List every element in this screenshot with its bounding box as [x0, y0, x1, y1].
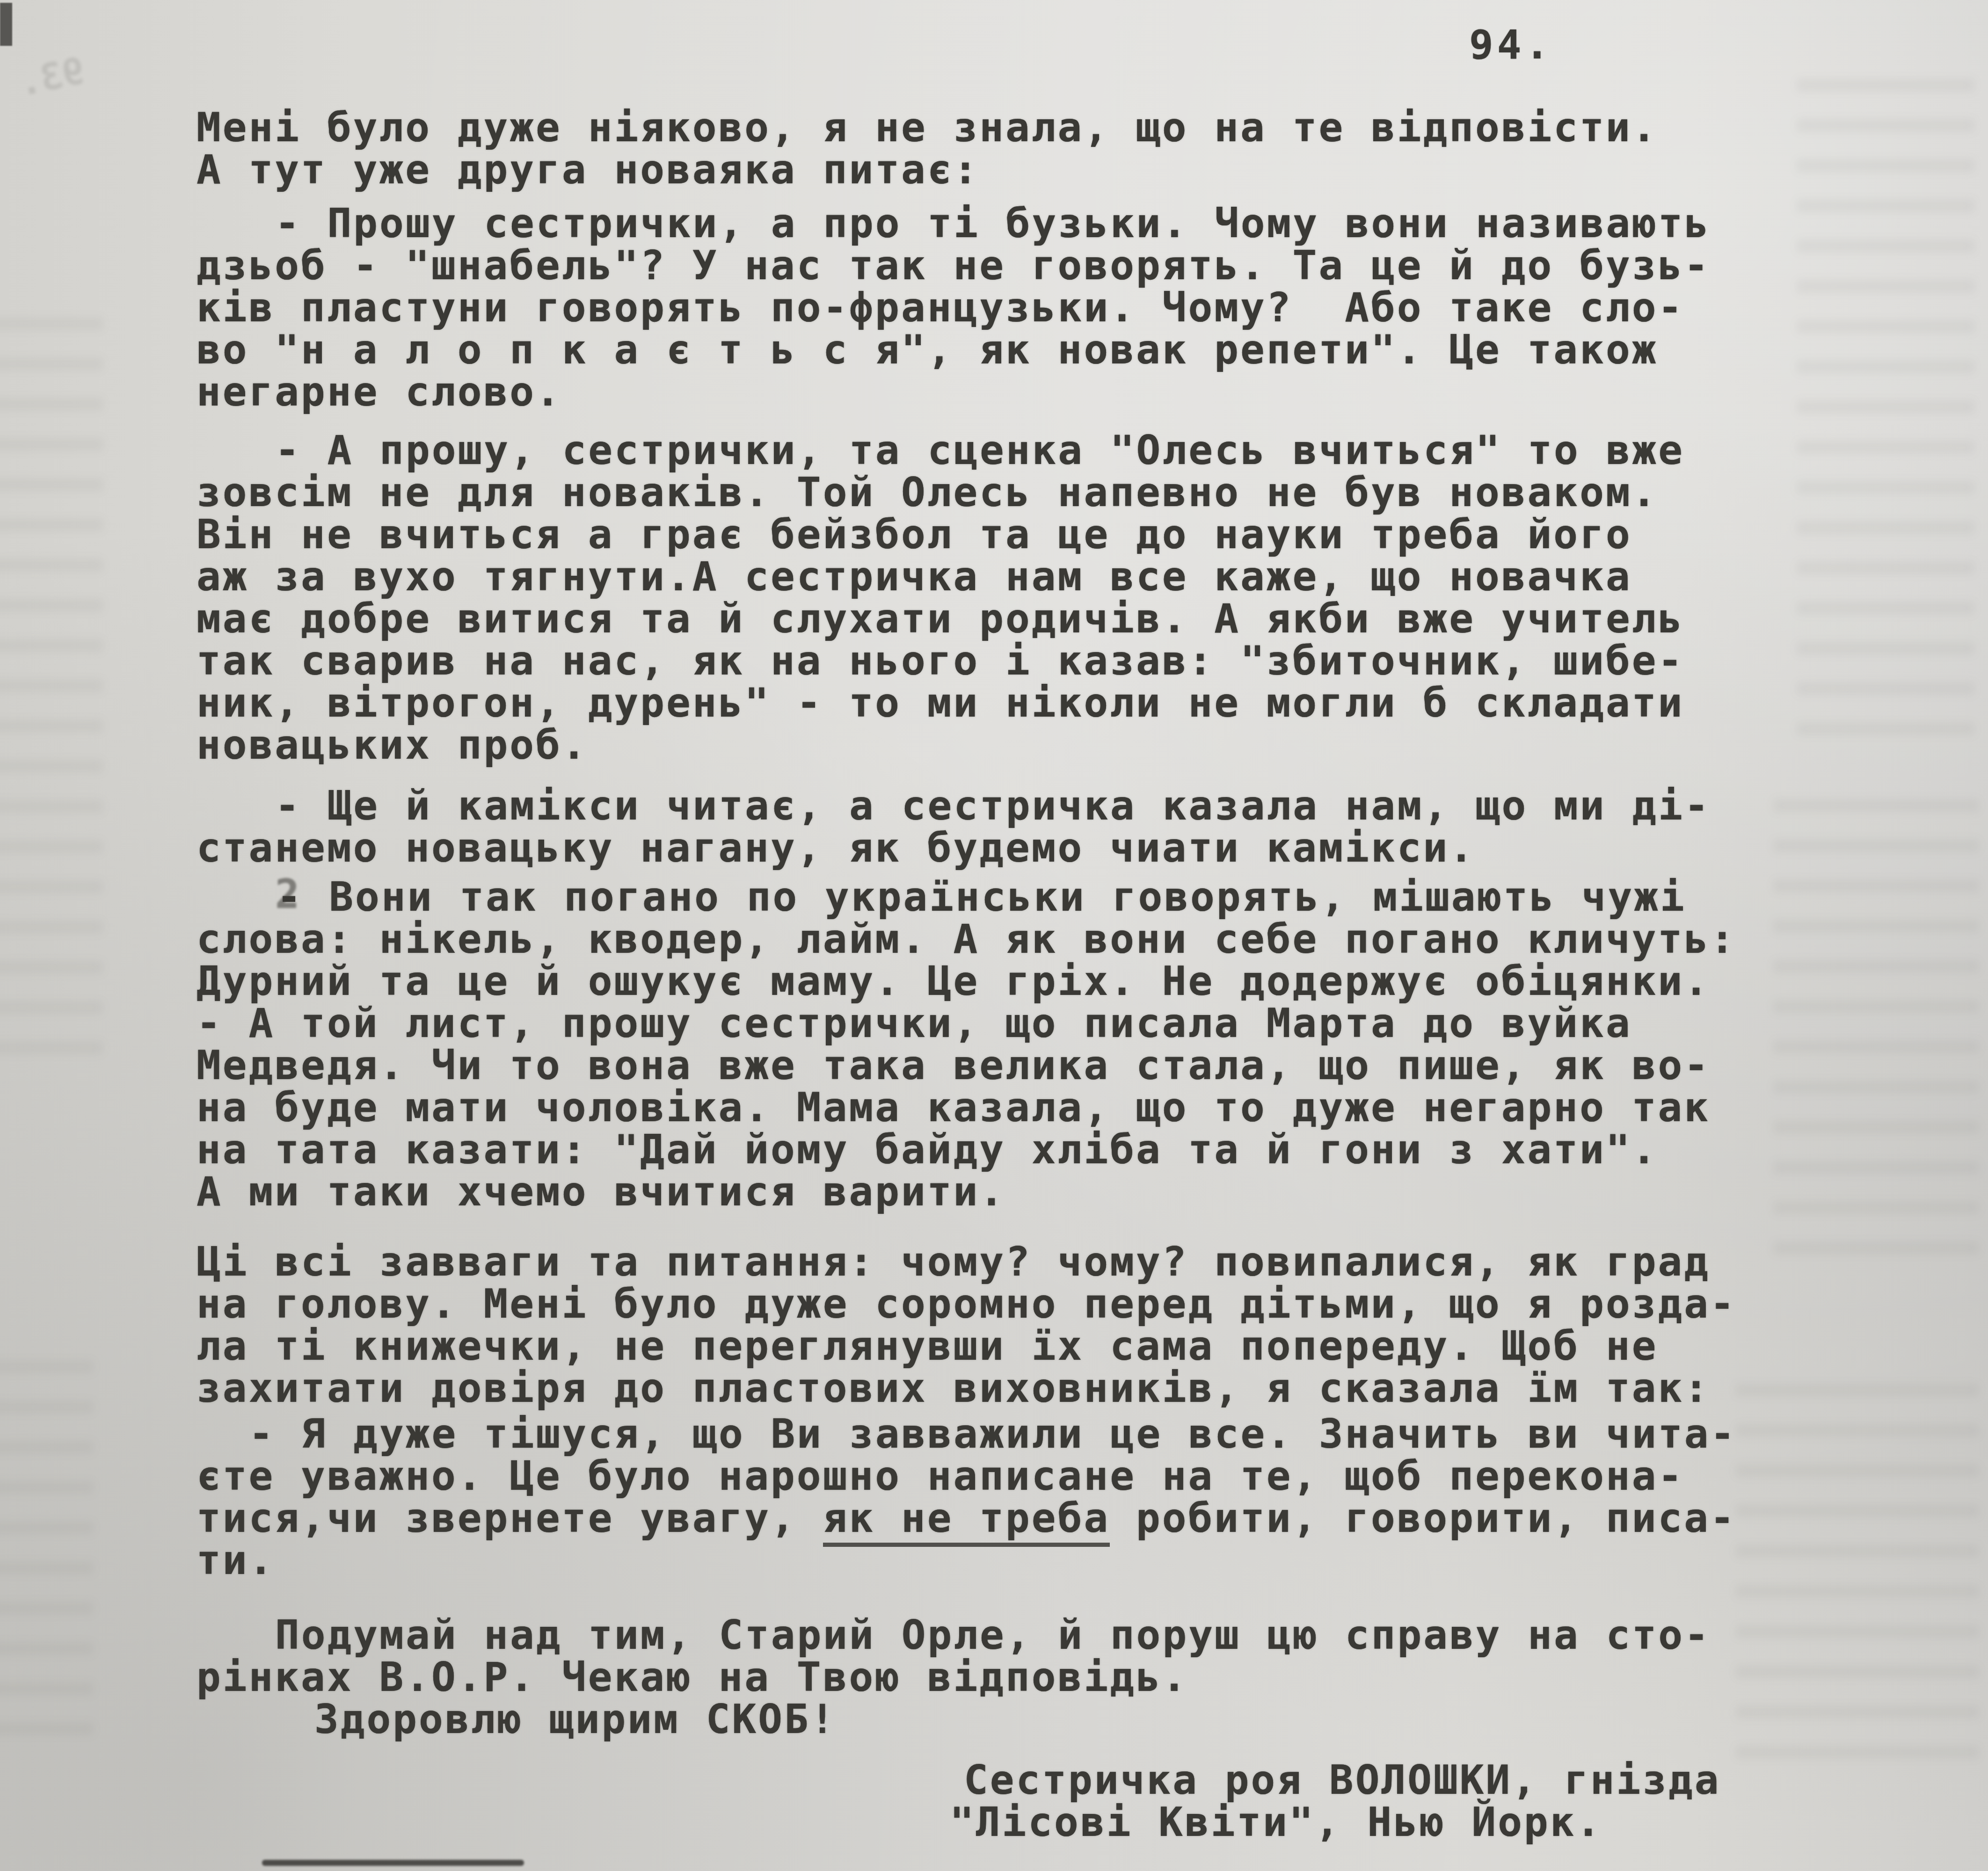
text-line: Мені було дуже ніяково, я не знала, що н…: [197, 107, 1815, 149]
text-line: зовсім не для новаків. Той Олесь напевно…: [197, 471, 1815, 514]
text-line: Здоровлю щирим СКОБ!: [197, 1698, 1815, 1740]
text-line: Ці всі завваги та питання: чому? чому? п…: [197, 1241, 1815, 1283]
text-line: Подумай над тим, Старий Орле, й поруш цю…: [197, 1614, 1815, 1656]
text-line: Сестричка роя ВОЛОШКИ, гнізда: [197, 1759, 1815, 1801]
text-line: 2- Вони так погано по українськи говорят…: [197, 876, 1815, 918]
bleedthrough-artifact: [1797, 51, 1974, 753]
page-number: 94.: [1469, 22, 1553, 68]
scan-edge-artifact: [0, 3, 12, 46]
text-line: ків пластуни говорять по-французьки. Чом…: [197, 287, 1815, 329]
text-line: негарне слово.: [197, 371, 1815, 413]
text-line: новацьких проб.: [197, 724, 1815, 766]
text-line: станемо новацьку нагану, як будемо чиати…: [197, 827, 1815, 869]
text-line: на буде мати чоловіка. Мама казала, що т…: [197, 1087, 1815, 1129]
bleedthrough-artifact: [0, 1333, 94, 1754]
letter-body: Мені було дуже ніяково, я не знала, що н…: [197, 107, 1815, 1843]
text-segment: робити, говорити, писа-: [1110, 1495, 1736, 1542]
text-line: - Я дуже тішуся, що Ви завважили це все.…: [197, 1413, 1815, 1455]
scan-edge-artifact: [262, 1860, 524, 1866]
overstrike-mark: 2: [275, 873, 301, 915]
text-segment: тися,чи звернете увагу,: [197, 1495, 823, 1542]
bleedthrough-artifact: [0, 290, 103, 1062]
text-line: Дурний та це й ошукує маму. Це гріх. Не …: [197, 960, 1815, 1002]
document-page: 93. 94. Мені було дуже ніяково, я не зна…: [0, 0, 1988, 1871]
text-line: на голову. Мені було дуже соромно перед …: [197, 1283, 1815, 1325]
text-line: на тата казати: "Дай йому байду хліба та…: [197, 1129, 1815, 1171]
text-line: єте уважно. Це було нарошно написане на …: [197, 1455, 1815, 1497]
text-line: рінках В.О.Р. Чекаю на Твою відповідь.: [197, 1656, 1815, 1698]
text-line: тися,чи звернете увагу, як не треба роби…: [197, 1497, 1815, 1539]
text-line: - Ще й камікси читає, а сестричка казала…: [197, 785, 1815, 827]
ghost-page-number: 93.: [15, 50, 88, 104]
text-line: дзьоб - "шнабель"? У нас так не говорять…: [197, 245, 1815, 287]
text-line: во "н а л о п к а є т ь с я", як новак р…: [197, 329, 1815, 371]
text-line: ла ті книжечки, не переглянувши їх сама …: [197, 1325, 1815, 1367]
text-line: - А прошу, сестрички, та сценка "Олесь в…: [197, 429, 1815, 471]
text-line: Він не вчиться а грає бейзбол та це до н…: [197, 514, 1815, 556]
text-line: так сварив на нас, як на нього і казав: …: [197, 640, 1815, 682]
text-line: має добре витися та й слухати родичів. А…: [197, 598, 1815, 640]
text-line: - А той лист, прошу сестрички, що писала…: [197, 1002, 1815, 1044]
text-line: захитати довіря до пластових виховників,…: [197, 1367, 1815, 1409]
text-line: аж за вухо тягнути.А сестричка нам все к…: [197, 556, 1815, 598]
text-line: слова: нікель, кводер, лайм. А як вони с…: [197, 918, 1815, 960]
text-line: ник, вітрогон, дурень" - то ми ніколи не…: [197, 682, 1815, 724]
text-line: А ми таки хчемо вчитися варити.: [197, 1171, 1815, 1213]
text-line: "Лісові Квіти", Нью Йорк.: [197, 1801, 1815, 1843]
text-line: А тут уже друга новаяка питає:: [197, 149, 1815, 191]
underlined-phrase: як не треба: [823, 1495, 1110, 1547]
text-line: Медведя. Чи то вона вже така велика стал…: [197, 1044, 1815, 1087]
text-line: - Прошу сестрички, а про ті бузьки. Чому…: [197, 203, 1815, 245]
